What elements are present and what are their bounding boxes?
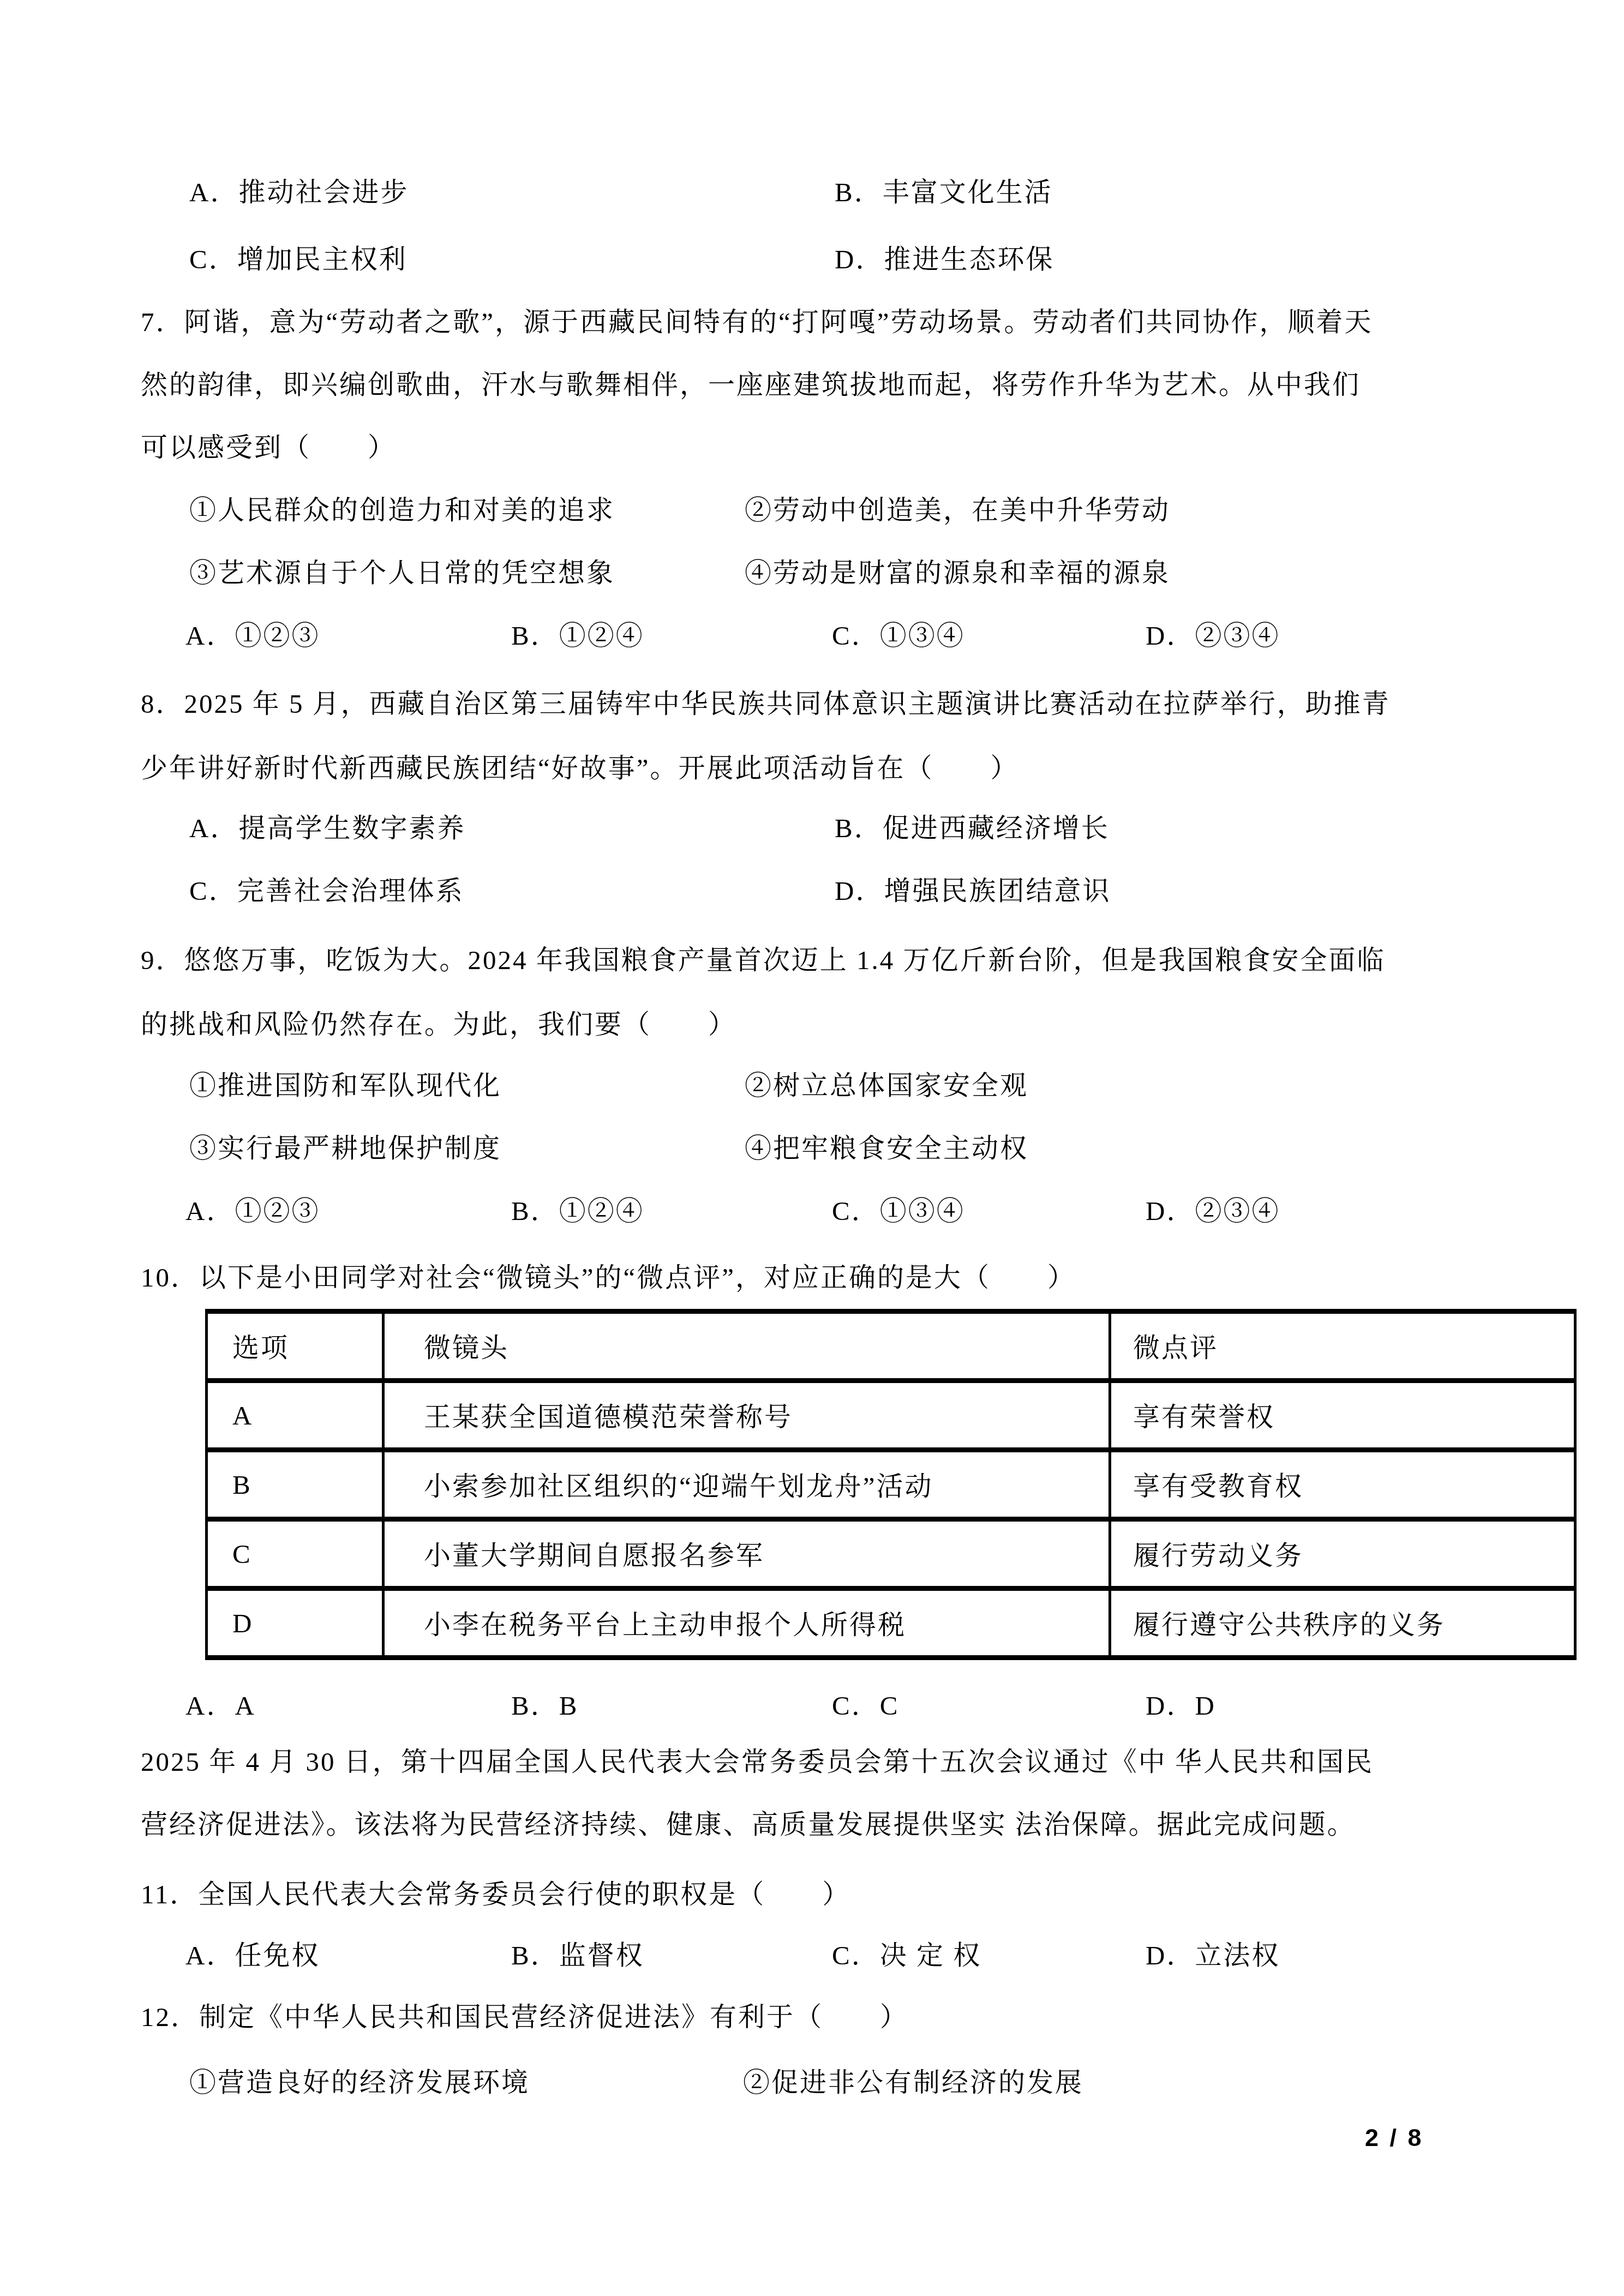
table-cell-review: 享有荣誉权 xyxy=(1110,1381,1575,1450)
table-cell-label: B xyxy=(207,1450,383,1519)
prev-option-a: A．推动社会进步 xyxy=(189,176,409,209)
question-11-option-d: D．立法权 xyxy=(1146,1939,1280,1973)
question-9-line-1: 9．悠悠万事，吃饭为大。2024 年我国粮食产量首次迈上 1.4 万亿斤新台阶，… xyxy=(141,943,1386,977)
table-header-row: 选项 微镜头 微点评 xyxy=(207,1312,1575,1381)
table-cell-review: 享有受教育权 xyxy=(1110,1450,1575,1519)
question-8-option-b: B．促进西藏经济增长 xyxy=(835,812,1110,845)
question-11-option-a: A．任免权 xyxy=(185,1939,320,1973)
table-row: A 王某获全国道德模范荣誉称号 享有荣誉权 xyxy=(207,1381,1575,1450)
table-cell-label: D xyxy=(207,1589,383,1658)
table-header-microscene: 微镜头 xyxy=(383,1312,1110,1381)
question-9-line-2: 的挑战和风险仍然存在。为此，我们要（ ） xyxy=(141,1008,736,1042)
question-10-line-1: 10．以下是小田同学对社会“微镜头”的“微点评”，对应正确的是大（ ） xyxy=(141,1261,1076,1295)
table-header-option: 选项 xyxy=(207,1312,383,1381)
question-11-line-1: 11．全国人民代表大会常务委员会行使的职权是（ ） xyxy=(141,1878,850,1912)
prev-option-c: C．增加民主权利 xyxy=(189,243,408,277)
prev-option-d: D．推进生态环保 xyxy=(835,243,1054,277)
exam-page: A．推动社会进步 B．丰富文化生活 C．增加民主权利 D．推进生态环保 7．阿谐… xyxy=(0,0,1624,2296)
intro-paragraph-line-1: 2025 年 4 月 30 日，第十四届全国人民代表大会常务委员会第十五次会议通… xyxy=(141,1745,1374,1779)
question-9-option-d: D．②③④ xyxy=(1146,1194,1280,1228)
question-7-item-2: ②劳动中创造美，在美中升华劳动 xyxy=(745,494,1170,527)
question-8-line-2: 少年讲好新时代新西藏民族团结“好故事”。开展此项活动旨在（ ） xyxy=(141,752,1019,785)
table-cell-scene: 王某获全国道德模范荣誉称号 xyxy=(383,1381,1110,1450)
question-12-line-1: 12．制定《中华人民共和国民营经济促进法》有利于（ ） xyxy=(141,2000,908,2034)
question-10-table: 选项 微镜头 微点评 A 王某获全国道德模范荣誉称号 享有荣誉权 B 小索参加社… xyxy=(205,1309,1577,1660)
table-cell-scene: 小索参加社区组织的“迎端午划龙舟”活动 xyxy=(383,1450,1110,1519)
table-cell-label: A xyxy=(207,1381,383,1450)
question-7-item-4: ④劳动是财富的源泉和幸福的源泉 xyxy=(745,556,1170,590)
table-cell-scene: 小李在税务平台上主动申报个人所得税 xyxy=(383,1589,1110,1658)
question-8-line-1: 8．2025 年 5 月，西藏自治区第三届铸牢中华民族共同体意识主题演讲比赛活动… xyxy=(141,687,1391,721)
question-9-item-2: ②树立总体国家安全观 xyxy=(745,1069,1028,1103)
intro-paragraph-line-2: 营经济促进法》。该法将为民营经济持续、健康、高质量发展提供坚实 法治保障。据此完… xyxy=(141,1808,1356,1842)
question-10-option-b: B．B xyxy=(511,1689,578,1723)
question-7-option-a: A．①②③ xyxy=(185,619,320,653)
question-7-item-3: ③艺术源自于个人日常的凭空想象 xyxy=(189,556,615,590)
question-7-line-2: 然的韵律，即兴编创歌曲，汗水与歌舞相伴，一座座建筑拔地而起，将劳作升华为艺术。从… xyxy=(141,368,1361,402)
question-9-item-1: ①推进国防和军队现代化 xyxy=(189,1069,501,1103)
table-header-microreview: 微点评 xyxy=(1110,1312,1575,1381)
question-7-item-1: ①人民群众的创造力和对美的追求 xyxy=(189,494,615,527)
question-9-option-c: C．①③④ xyxy=(832,1194,965,1228)
question-7-option-b: B．①②④ xyxy=(511,619,644,653)
question-10-option-c: C．C xyxy=(832,1689,899,1723)
prev-option-b: B．丰富文化生活 xyxy=(835,176,1053,209)
question-8-option-c: C．完善社会治理体系 xyxy=(189,874,464,908)
table-row: B 小索参加社区组织的“迎端午划龙舟”活动 享有受教育权 xyxy=(207,1450,1575,1519)
question-12-item-1: ①营造良好的经济发展环境 xyxy=(189,2066,530,2100)
table-row: D 小李在税务平台上主动申报个人所得税 履行遵守公共秩序的义务 xyxy=(207,1589,1575,1658)
question-10-option-d: D．D xyxy=(1146,1689,1216,1723)
page-indicator: 2 / 8 xyxy=(1365,2124,1424,2152)
question-10-option-a: A．A xyxy=(185,1689,256,1723)
table-cell-label: C xyxy=(207,1519,383,1589)
question-8-option-a: A．提高学生数字素养 xyxy=(189,812,465,845)
table-row: C 小董大学期间自愿报名参军 履行劳动义务 xyxy=(207,1519,1575,1589)
question-9-option-b: B．①②④ xyxy=(511,1194,644,1228)
question-9-item-4: ④把牢粮食安全主动权 xyxy=(745,1132,1028,1165)
table-cell-review: 履行劳动义务 xyxy=(1110,1519,1575,1589)
question-11-option-b: B．监督权 xyxy=(511,1939,644,1973)
question-7-line-3: 可以感受到（ ） xyxy=(141,431,396,465)
question-11-option-c: C．决 定 权 xyxy=(832,1939,981,1973)
question-7-option-c: C．①③④ xyxy=(832,619,965,653)
question-7-option-d: D．②③④ xyxy=(1146,619,1280,653)
question-9-item-3: ③实行最严耕地保护制度 xyxy=(189,1132,501,1165)
question-12-item-2: ②促进非公有制经济的发展 xyxy=(743,2066,1083,2100)
table-cell-review: 履行遵守公共秩序的义务 xyxy=(1110,1589,1575,1658)
question-8-option-d: D．增强民族团结意识 xyxy=(835,874,1111,908)
question-9-option-a: A．①②③ xyxy=(185,1194,320,1228)
question-7-line-1: 7．阿谐，意为“劳动者之歌”，源于西藏民间特有的“打阿嘎”劳动场景。劳动者们共同… xyxy=(141,305,1373,339)
table-cell-scene: 小董大学期间自愿报名参军 xyxy=(383,1519,1110,1589)
